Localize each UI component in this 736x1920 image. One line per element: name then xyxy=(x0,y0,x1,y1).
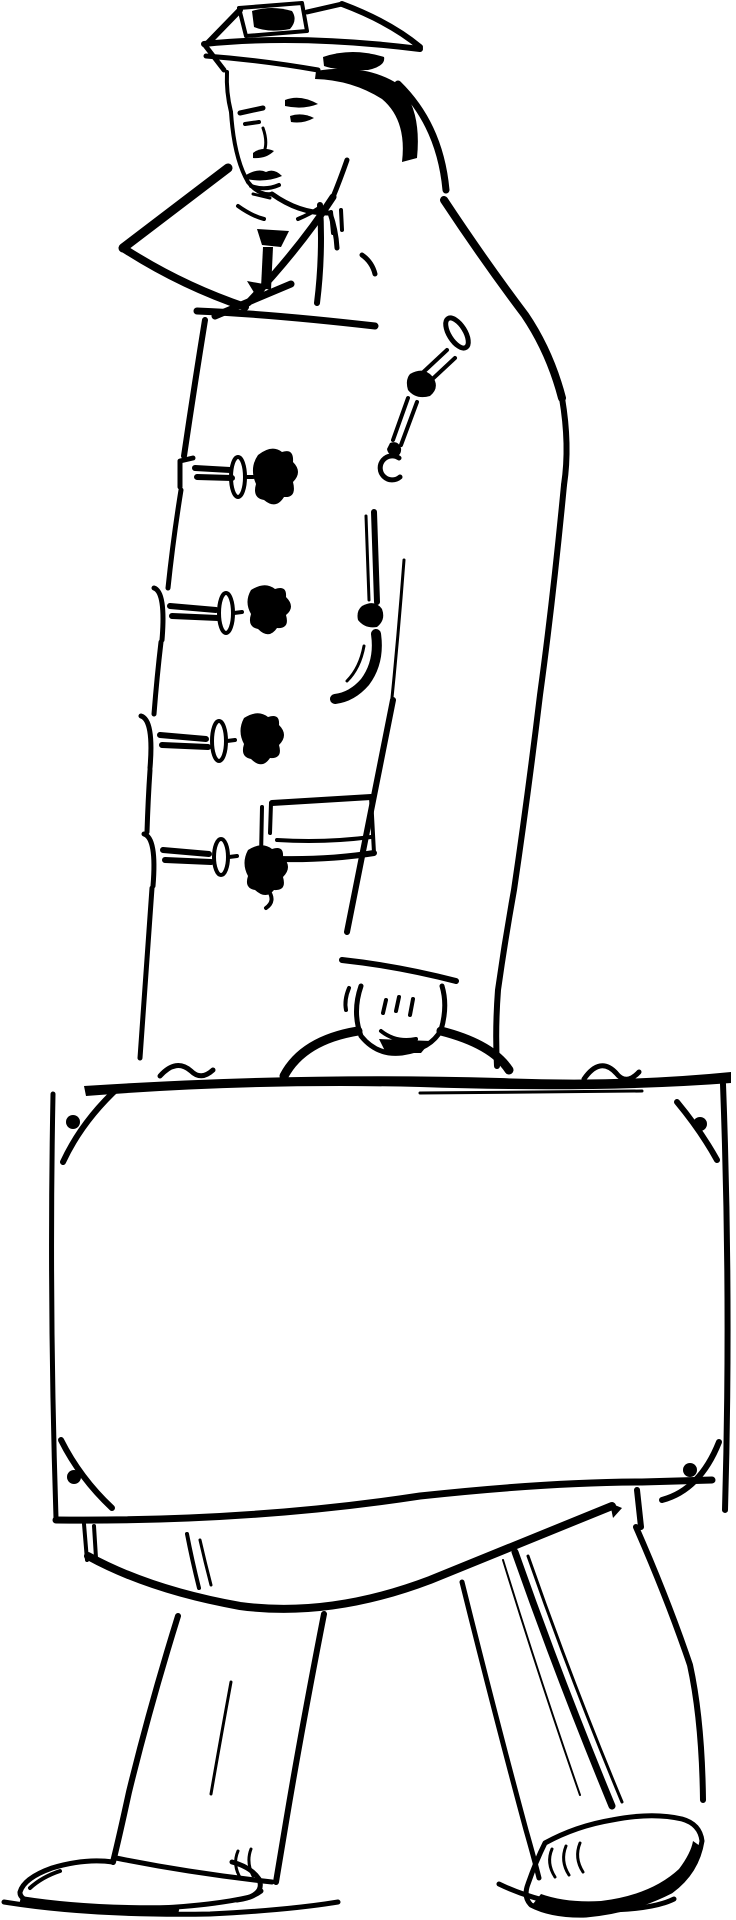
rivet-top-right xyxy=(693,1117,707,1131)
upper-lip xyxy=(246,171,282,181)
nostril-shadow xyxy=(253,149,274,158)
right-eye xyxy=(290,114,314,122)
right-shoe xyxy=(499,1816,702,1915)
cap-badge xyxy=(252,8,295,31)
hem-corner-notch xyxy=(610,1503,622,1518)
tie-body xyxy=(261,247,273,290)
coat-hem xyxy=(84,1490,641,1609)
hair xyxy=(315,69,418,162)
face-lines xyxy=(227,72,347,248)
toggle-knot-3 xyxy=(241,713,285,764)
tie-knot xyxy=(257,229,289,247)
peaked-cap xyxy=(204,3,420,70)
suitcase xyxy=(52,1084,728,1520)
rivet-bottom-left xyxy=(67,1470,81,1484)
strap-knot-upper xyxy=(407,371,436,398)
left-shoe-sole xyxy=(19,1896,180,1915)
porter-with-suitcase-illustration xyxy=(0,0,736,1920)
coat-lines xyxy=(140,200,567,1066)
toggle-knot-2 xyxy=(248,585,292,634)
right-eyebrow xyxy=(285,98,318,108)
shoulder-strap xyxy=(335,314,473,699)
toggle-knot-1 xyxy=(253,449,298,505)
rivet-top-left xyxy=(66,1115,80,1129)
illustration-canvas xyxy=(0,0,736,1920)
toggle-knot-4 xyxy=(245,845,289,895)
collar-lines xyxy=(123,84,446,326)
left-trouser-leg xyxy=(113,1614,324,1882)
cap-visor xyxy=(323,52,384,70)
rivet-bottom-right xyxy=(683,1463,697,1477)
right-shoe-sole xyxy=(533,1841,700,1915)
gripping-hand xyxy=(160,986,639,1079)
strap-knot-lower xyxy=(358,603,384,627)
ink-strokes xyxy=(4,3,728,1915)
fist-shadow xyxy=(379,1039,431,1053)
